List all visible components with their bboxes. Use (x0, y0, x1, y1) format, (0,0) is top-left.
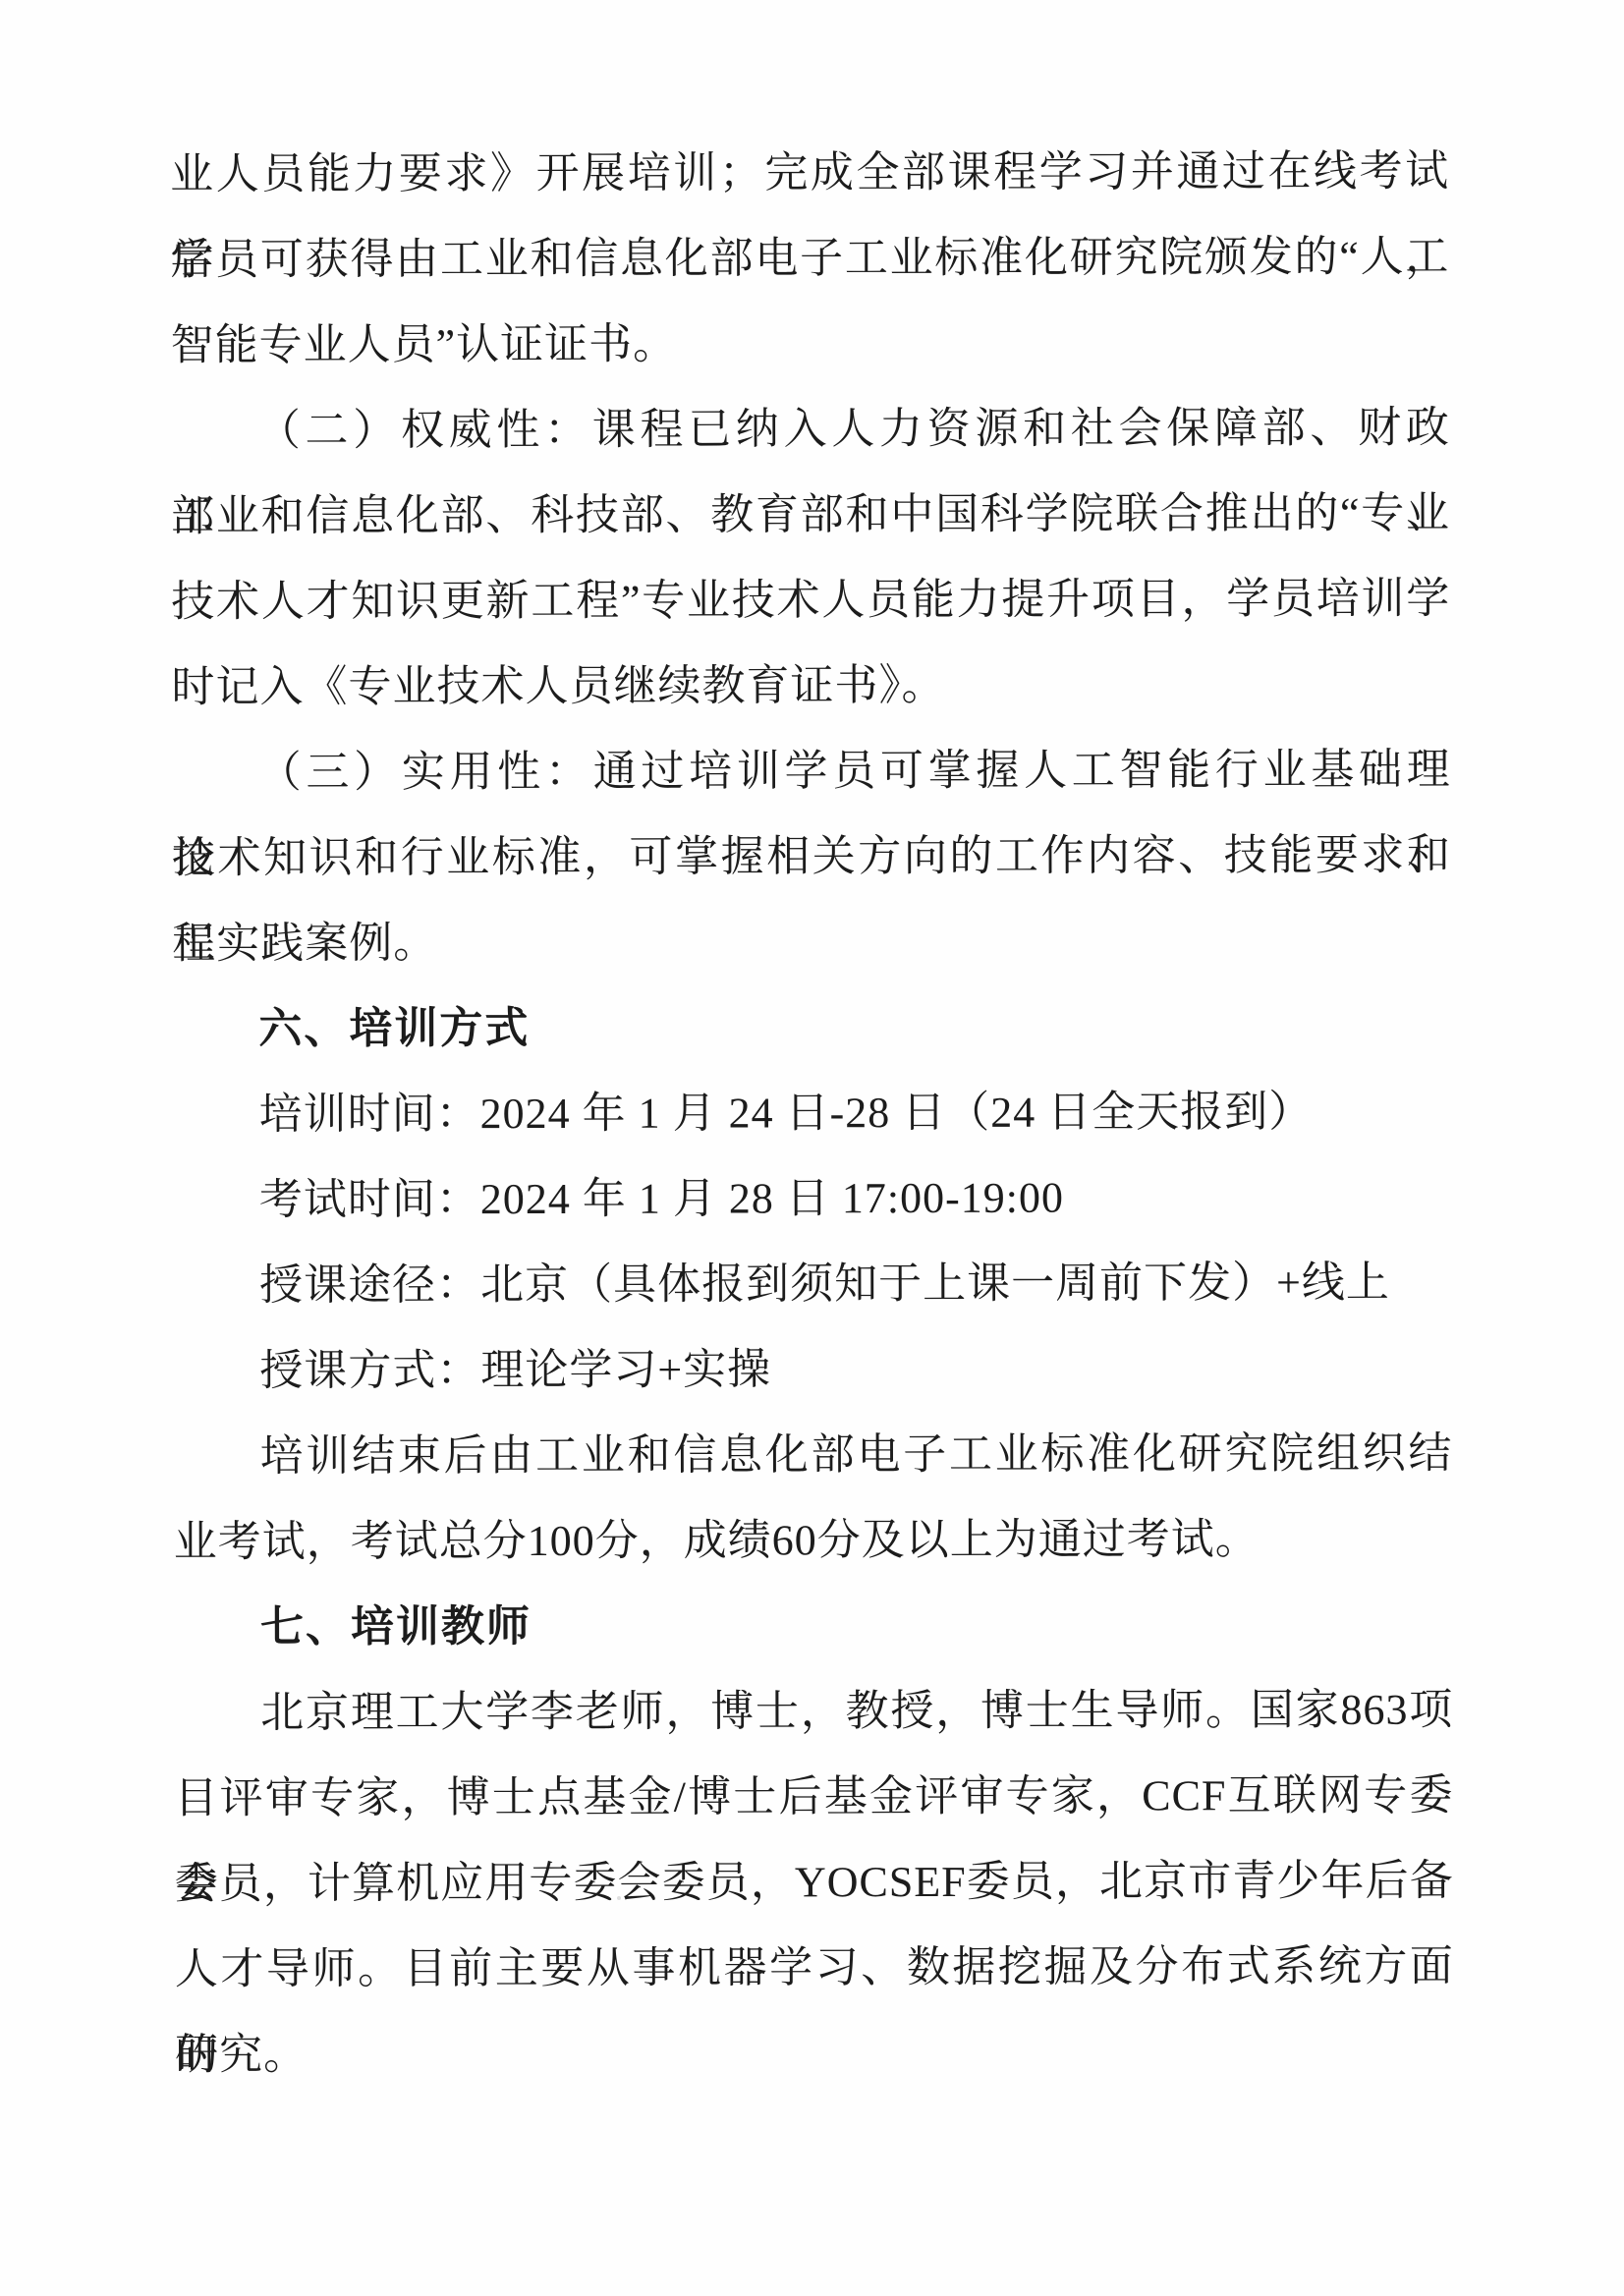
body-line: 业人员能力要求》开展培训；完成全部课程学习并通过在线考试后， (170, 129, 1449, 217)
body-line: 技术人才知识更新工程”专业技术人员能力提升项目，学员培训学 (171, 556, 1450, 644)
body-line: 学员可获得由工业和信息化部电子工业标准化研究院颁发的“人工 (170, 214, 1449, 303)
document-page: 业人员能力要求》开展培训；完成全部课程学习并通过在线考试后， 学员可获得由工业和… (0, 0, 1624, 2296)
body-line: 时记入《专业技术人员继续教育证书》。 (171, 642, 1450, 730)
body-line-training-time: 培训时间：2024 年 1 月 24 日-28 日（24 日全天报到） (173, 1069, 1452, 1157)
body-line: 人才导师。目前主要从事机器学习、数据挖掘及分布式系统方面的 (175, 1924, 1454, 2012)
body-line: 培训结束后由工业和信息化部电子工业标准化研究院组织结 (173, 1411, 1452, 1499)
body-line: 业考试，考试总分100分，成绩60分及以上为通过考试。 (174, 1496, 1453, 1585)
body-line-item-3: （三）实用性：通过培训学员可掌握人工智能行业基础理论、 (172, 727, 1451, 815)
body-line: 北京理工大学李老师，博士，教授，博士生导师。国家863项 (174, 1667, 1453, 1756)
body-line: 目评审专家，博士点基金/博士后基金评审专家，CCF互联网专委会 (174, 1753, 1453, 1841)
body-line-exam-time: 考试时间：2024 年 1 月 28 日 17:00-19:00 (173, 1154, 1452, 1243)
section-heading-training-method: 六、培训方式 (172, 983, 1451, 1072)
body-line: 研究。 (175, 2009, 1454, 2098)
body-line-teaching-route: 授课途径：北京（具体报到须知于上课一周前下发）+线上 (173, 1240, 1452, 1328)
body-line: 委员，计算机应用专委会委员，YOCSEF委员，北京市青少年后备 (175, 1838, 1454, 1927)
body-line: 工业和信息化部、科技部、教育部和中国科学院联合推出的“专业 (171, 471, 1450, 559)
body-line: 智能专业人员”认证证书。 (170, 300, 1449, 388)
section-heading-training-teacher: 七、培训教师 (174, 1582, 1453, 1670)
body-line: 技术知识和行业标准，可掌握相关方向的工作内容、技能要求和工 (172, 812, 1451, 901)
body-line-teaching-mode: 授课方式：理论学习+实操 (173, 1325, 1452, 1414)
body-line-item-2: （二）权威性：课程已纳入人力资源和社会保障部、财政部、 (171, 385, 1450, 474)
document-text-block: 业人员能力要求》开展培训；完成全部课程学习并通过在线考试后， 学员可获得由工业和… (170, 129, 1454, 2098)
body-line: 程实践案例。 (172, 898, 1451, 986)
